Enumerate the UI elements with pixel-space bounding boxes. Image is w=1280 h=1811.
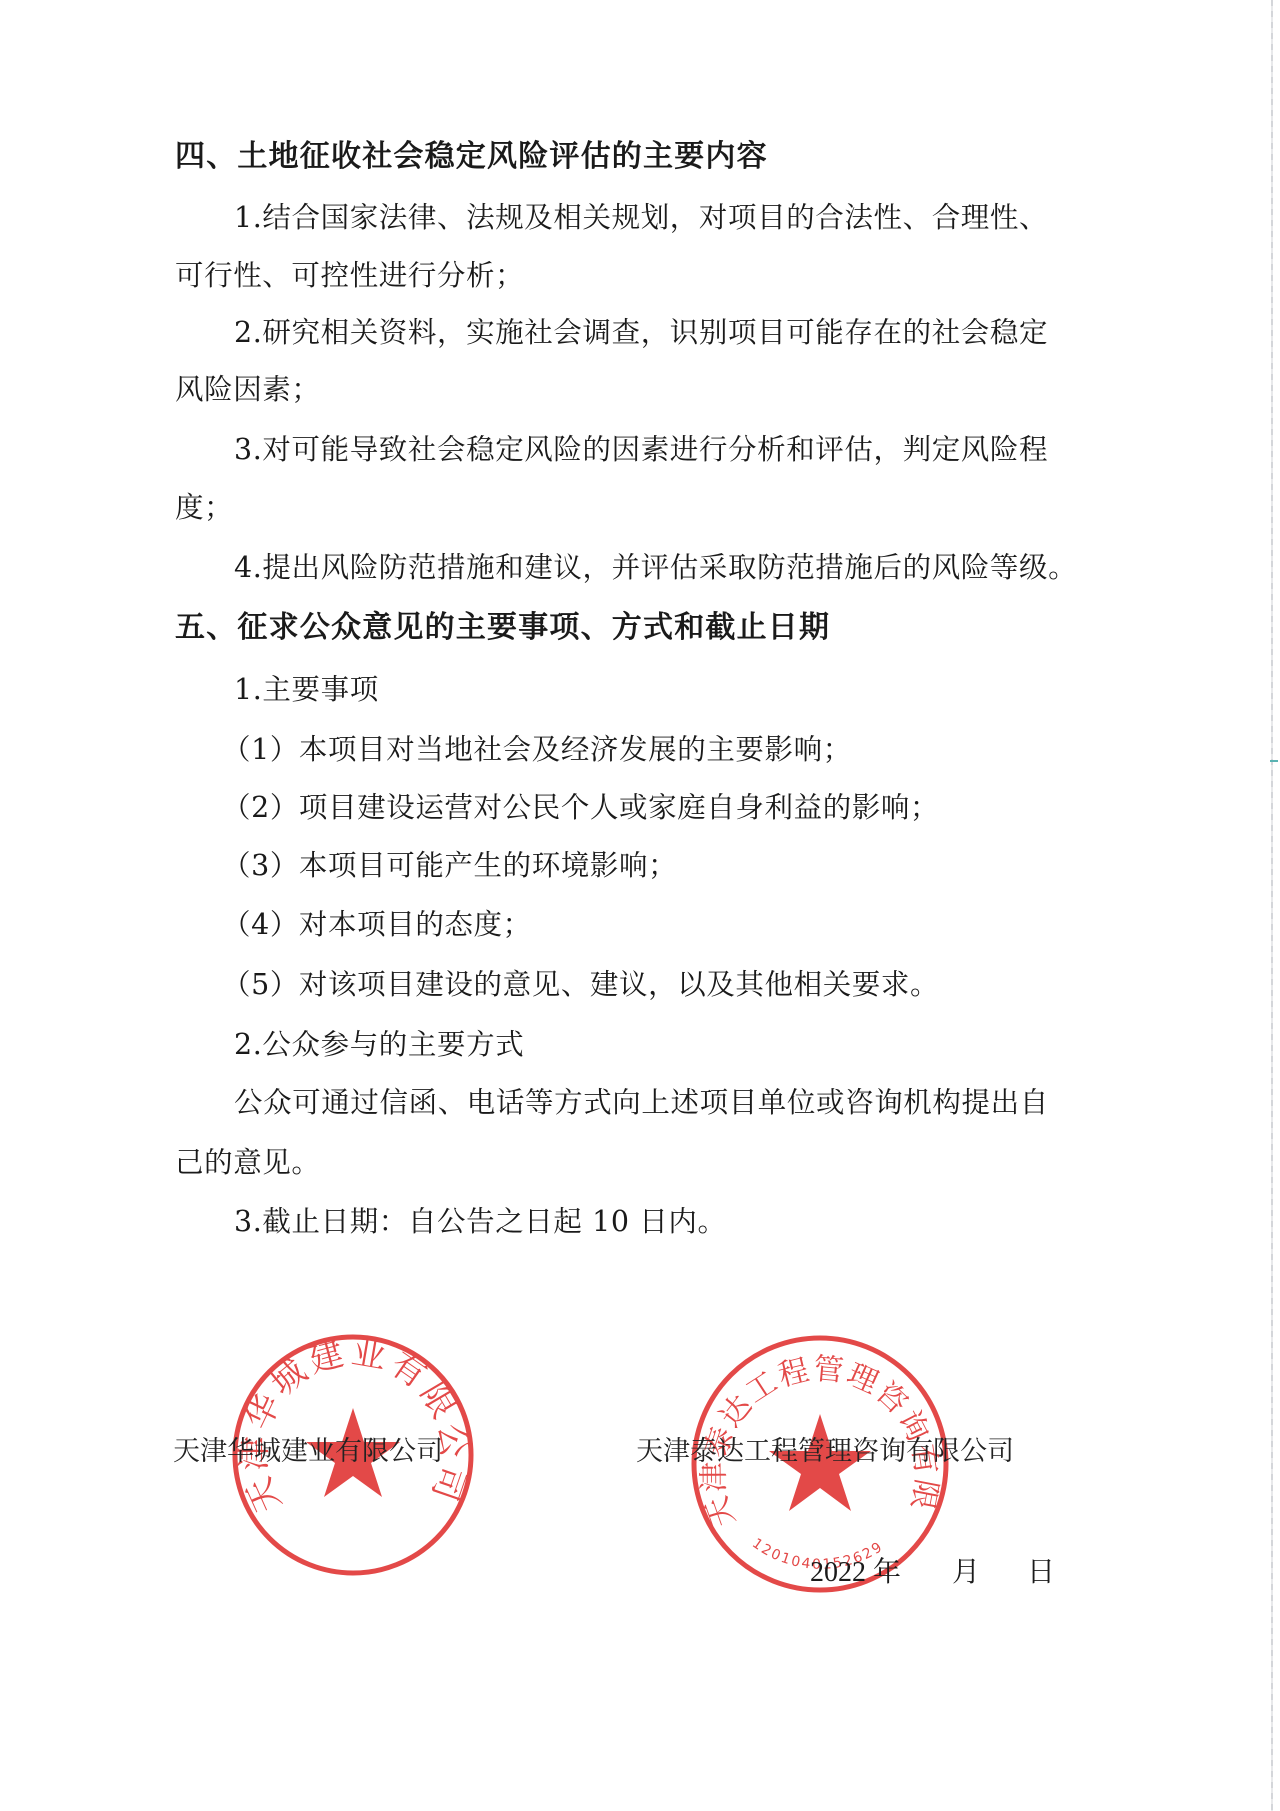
paragraph-line: 己的意见。	[175, 1146, 321, 1180]
list-item: （4）对本项目的态度；	[222, 908, 532, 942]
list-item: （5）对该项目建设的意见、建议，以及其他相关要求。	[222, 968, 939, 1002]
section-heading-5: 五、征求公众意见的主要事项、方式和截止日期	[175, 611, 830, 645]
paragraph-line: 4.提出风险防范措施和建议，并评估采取防范措施后的风险等级。	[234, 551, 1077, 585]
section-heading-4: 四、土地征收社会稳定风险评估的主要内容	[175, 140, 768, 174]
list-item: （1）本项目对当地社会及经济发展的主要影响；	[222, 733, 852, 767]
paragraph-line: 可行性、可控性进行分析；	[175, 259, 524, 293]
paragraph-line: 2.研究相关资料，实施社会调查，识别项目可能存在的社会稳定	[234, 316, 1048, 350]
paragraph-line: 度；	[175, 491, 233, 525]
subsection-title: 1.主要事项	[234, 673, 379, 707]
scan-border-mark	[1270, 760, 1278, 762]
date-day: 日	[1027, 1556, 1055, 1590]
deadline-line: 3.截止日期：自公告之日起 10 日内。	[234, 1205, 727, 1239]
list-item: （3）本项目可能产生的环境影响；	[222, 849, 677, 883]
signatory-left: 天津华城建业有限公司	[173, 1435, 443, 1469]
paragraph-line: 风险因素；	[175, 373, 321, 407]
list-item: （2）项目建设运营对公民个人或家庭自身利益的影响；	[222, 791, 939, 825]
paragraph-line: 3.对可能导致社会稳定风险的因素进行分析和评估，判定风险程	[234, 433, 1048, 467]
paragraph-line: 公众可通过信函、电话等方式向上述项目单位或咨询机构提出自	[234, 1086, 1049, 1120]
date-month: 月	[952, 1556, 980, 1590]
scan-border-edge	[1271, 0, 1273, 1811]
date-year: 2022 年	[810, 1556, 901, 1590]
paragraph-line: 1.结合国家法律、法规及相关规划，对项目的合法性、合理性、	[234, 201, 1048, 235]
subsection-title: 2.公众参与的主要方式	[234, 1028, 524, 1062]
signatory-right: 天津泰达工程管理咨询有限公司	[636, 1435, 1014, 1469]
